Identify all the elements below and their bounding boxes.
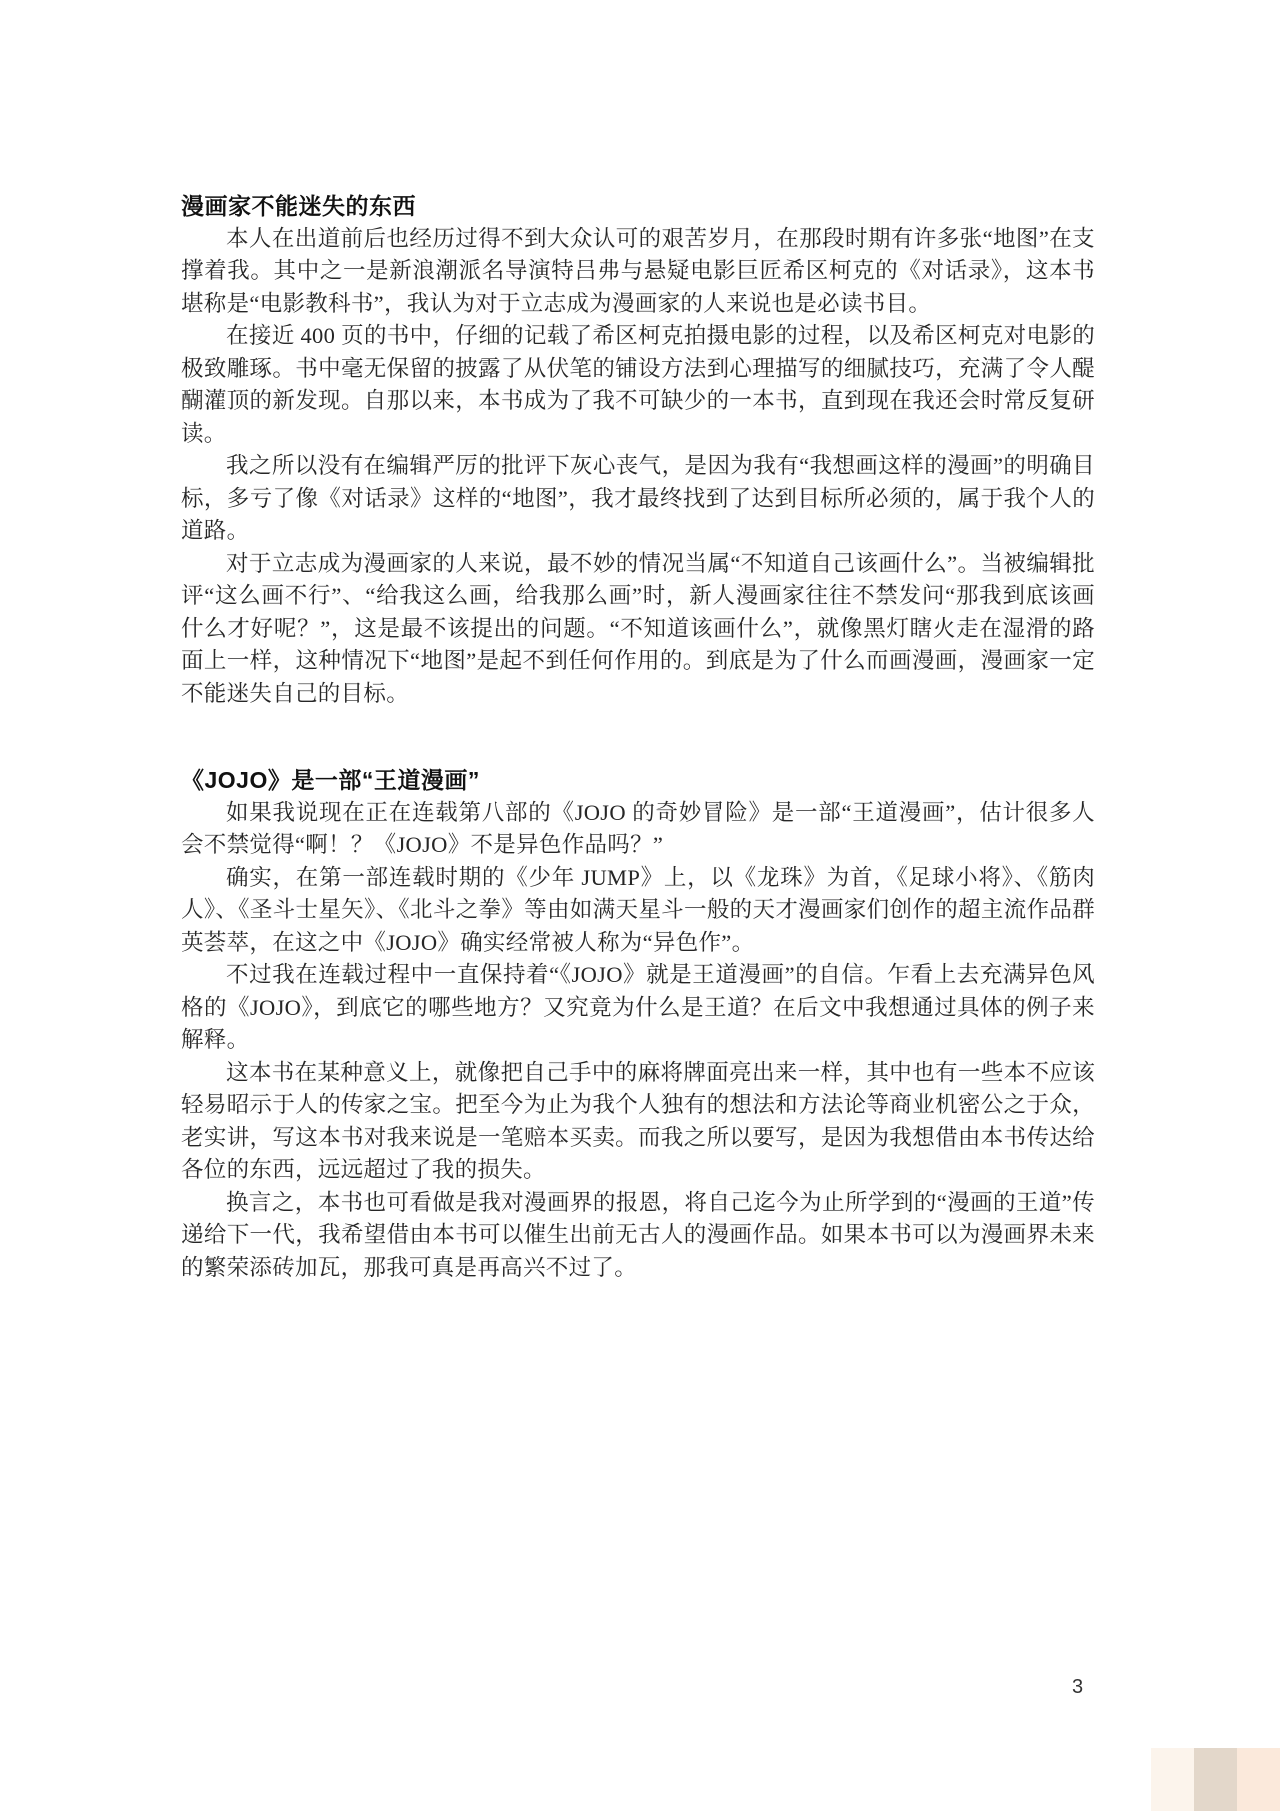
- section-heading: 漫画家不能迷失的东西: [181, 190, 1095, 223]
- page-content: 漫画家不能迷失的东西 本人在出道前后也经历过得不到大众认可的艰苦岁月，在那段时期…: [181, 190, 1095, 1284]
- paragraph: 对于立志成为漫画家的人来说，最不妙的情况当属“不知道自己该画什么”。当被编辑批评…: [181, 548, 1095, 711]
- corner-stripe: [1194, 1748, 1237, 1811]
- paragraph: 我之所以没有在编辑严厉的批评下灰心丧气，是因为我有“我想画这样的漫画”的明确目标…: [181, 450, 1095, 548]
- paragraph: 不过我在连载过程中一直保持着“《JOJO》就是王道漫画”的自信。乍看上去充满异色…: [181, 959, 1095, 1057]
- section-jojo-royal-road: 《JOJO》是一部“王道漫画” 如果我说现在正在连载第八部的《JOJO 的奇妙冒…: [181, 764, 1095, 1284]
- corner-decoration: [1151, 1748, 1280, 1811]
- section-heading: 《JOJO》是一部“王道漫画”: [181, 764, 1095, 797]
- paragraph: 在接近 400 页的书中，仔细的记载了希区柯克拍摄电影的过程，以及希区柯克对电影…: [181, 320, 1095, 450]
- paragraph: 如果我说现在正在连载第八部的《JOJO 的奇妙冒险》是一部“王道漫画”，估计很多…: [181, 797, 1095, 862]
- section-mangaka-compass: 漫画家不能迷失的东西 本人在出道前后也经历过得不到大众认可的艰苦岁月，在那段时期…: [181, 190, 1095, 710]
- corner-stripe: [1237, 1748, 1280, 1811]
- paragraph: 本人在出道前后也经历过得不到大众认可的艰苦岁月，在那段时期有许多张“地图”在支撑…: [181, 223, 1095, 321]
- paragraph: 换言之，本书也可看做是我对漫画界的报恩，将自己迄今为止所学到的“漫画的王道”传递…: [181, 1187, 1095, 1285]
- book-page: 漫画家不能迷失的东西 本人在出道前后也经历过得不到大众认可的艰苦岁月，在那段时期…: [0, 0, 1280, 1811]
- corner-stripe: [1151, 1748, 1194, 1811]
- page-number: 3: [1072, 1676, 1083, 1699]
- paragraph: 确实，在第一部连载时期的《少年 JUMP》上，以《龙珠》为首，《足球小将》、《筋…: [181, 862, 1095, 960]
- paragraph: 这本书在某种意义上，就像把自己手中的麻将牌面亮出来一样，其中也有一些本不应该轻易…: [181, 1057, 1095, 1187]
